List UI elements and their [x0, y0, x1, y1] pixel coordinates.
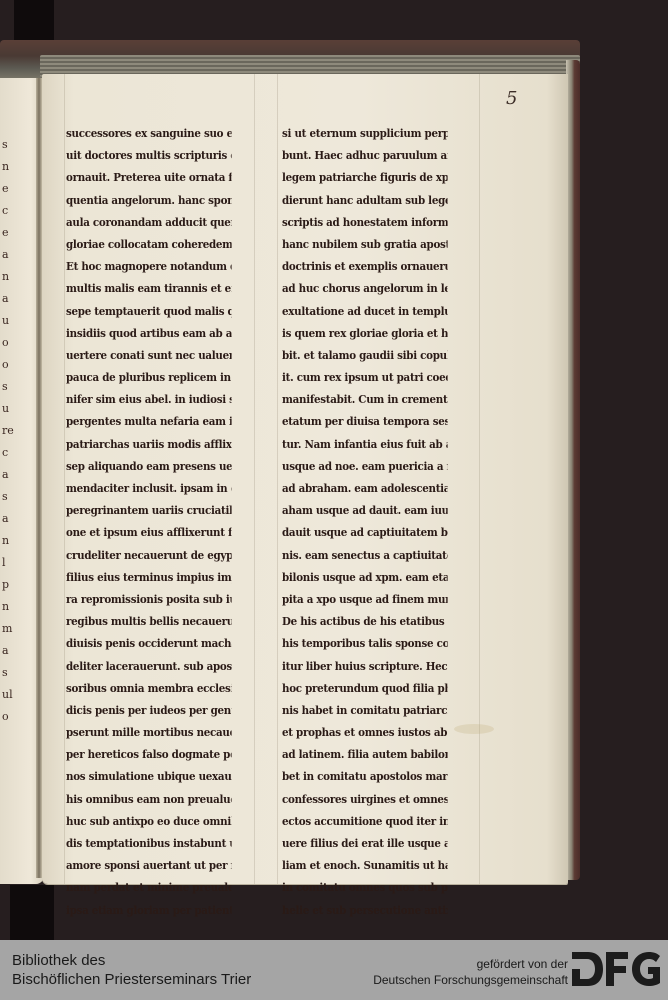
manuscript-line: it. cum rex ipsum ut patri coequali: [282, 366, 448, 388]
manuscript-line: exultatione ad ducet in templum reg: [282, 300, 448, 322]
manuscript-line: etatum per diuisa tempora sesi distingu: [282, 410, 448, 432]
left-page-fragment: a: [2, 644, 9, 657]
left-page-fragment: n: [2, 534, 9, 547]
manuscript-line: confessores uirgines et omnes el: [282, 788, 448, 810]
background-strip-bottom: [10, 885, 54, 940]
left-page-fragment: re: [2, 424, 14, 437]
ruling-line: [277, 74, 278, 884]
manuscript-line: crudeliter necauerunt de egypto egredien…: [66, 544, 232, 566]
left-page-fragment: ul: [2, 688, 13, 701]
manuscript-line: legem patriarche figuris de xpo eru: [282, 166, 448, 188]
manuscript-line: his temporibus talis sponse conter: [282, 632, 448, 654]
manuscript-line: liam et enoch. Sunamitis ut habi: [282, 854, 448, 876]
left-page-fragment: l: [2, 556, 6, 569]
left-page-fragment: o: [2, 358, 9, 371]
left-page-fragment: c: [2, 204, 8, 217]
manuscript-line: helie et sub persecutione antixpi: [282, 899, 448, 921]
dfg-logo-icon: [572, 952, 660, 986]
left-page-fragment: p: [2, 578, 9, 591]
left-page-fragment: s: [2, 666, 8, 679]
manuscript-line: deliter lacerauerunt. sub apostolis et e…: [66, 655, 232, 677]
left-page-fragment: a: [2, 292, 9, 305]
manuscript-line: ad huc chorus angelorum in leticia et: [282, 277, 448, 299]
manuscript-line: nis habet in comitatu patriarchas: [282, 699, 448, 721]
ruling-line: [254, 74, 255, 884]
left-page-fragment: c: [2, 446, 8, 459]
manuscript-line: ornauit. Preterea uite ornata fre: [66, 166, 232, 188]
manuscript-line: pergentes multa nefaria eam inter: [66, 410, 232, 432]
manuscript-line: patriarchas uariis modis afflixerunt uo: [66, 433, 232, 455]
manuscript-line: nis. eam senectus a captiuitate ba: [282, 544, 448, 566]
manuscript-line: gloriae collocatam coheredem regni facie…: [66, 233, 232, 255]
left-page-fragment: u: [2, 402, 9, 415]
manuscript-line: nam perdat et minime preualebunt quia: [66, 876, 232, 898]
manuscript-line: tur. Nam infantia eius fuit ab ada: [282, 433, 448, 455]
manuscript-line: ectos accumitione quod iter in euglio: [282, 810, 448, 832]
manuscript-line: soribus omnia membra ecclesiae gentiles …: [66, 677, 232, 699]
manuscript-page: 5 successores ex sanguine suo eam illust…: [42, 74, 568, 884]
manuscript-line: nifer sim eius abel. in iudiosi strauer: [66, 388, 232, 410]
manuscript-line: ra repromissionis posita sub iudicibus e…: [66, 588, 232, 610]
manuscript-line: uertere conati sunt nec ualuerunt. Et ut: [66, 344, 232, 366]
left-page-fragment: m: [2, 622, 12, 635]
left-page-fragment: n: [2, 270, 9, 283]
manuscript-line: doctrinis et exemplis ornauerunt. hanc: [282, 255, 448, 277]
manuscript-line: usque ad noe. eam puericia a noe usque: [282, 455, 448, 477]
left-page-fragment: s: [2, 138, 8, 151]
manuscript-line: bilonis usque ad xpm. eam etas dec: [282, 566, 448, 588]
manuscript-line: peregrinantem uariis cruciatibus prophat…: [66, 499, 232, 521]
left-page-fragment: s: [2, 380, 8, 393]
manuscript-line: pita a xpo usque ad finem mundi;: [282, 588, 448, 610]
manuscript-line: pauca de pluribus replicem in primis sig: [66, 366, 232, 388]
funding-note: gefördert von der Deutschen Forschungsge…: [373, 956, 568, 988]
manuscript-line: itur liber huius scripture. Hec: [282, 655, 448, 677]
manuscript-scan: sneceanauoosurecasanlpnmasulo 5 successo…: [0, 0, 668, 940]
manuscript-line: amore sponsi auertant ut per nullam coro: [66, 854, 232, 876]
book-cover-right: [566, 60, 580, 880]
manuscript-line: multis malis eam tirannis et emulati: [66, 277, 232, 299]
manuscript-line: per hereticos falso dogmate per falsos x…: [66, 743, 232, 765]
library-name: Bibliothek des Bischöflichen Priestersem…: [12, 951, 251, 989]
manuscript-line: uit doctores multis scripturis eam: [66, 144, 232, 166]
folio-number: 5: [506, 88, 517, 109]
manuscript-line: hoc preterundum quod filia pharao: [282, 677, 448, 699]
left-page-fragment: s: [2, 490, 8, 503]
parchment-stain: [454, 724, 494, 734]
funding-line-1: gefördert von der: [373, 956, 568, 972]
ruling-line: [64, 74, 65, 884]
left-page-fragment: o: [2, 336, 9, 349]
left-page-fragment: e: [2, 226, 9, 239]
ruling-line: [479, 74, 480, 884]
manuscript-line: ad latinem. filia autem babilonis ha: [282, 743, 448, 765]
manuscript-line: pserunt mille mortibus necauerunt deniqu…: [66, 721, 232, 743]
manuscript-line: uere filius dei erat ille usque adhe: [282, 832, 448, 854]
left-page-fragment: u: [2, 314, 9, 327]
manuscript-line: si ut eternum supplicium perpendia subi: [282, 122, 448, 144]
manuscript-line: nos simulatione ubique uexauerunt et: [66, 765, 232, 787]
manuscript-line: sep aliquando eam presens uendidit carce…: [66, 455, 232, 477]
manuscript-line: dierunt hanc adultam sub lege prophe: [282, 189, 448, 211]
manuscript-line: dicis penis per iudeos per gentiles disc…: [66, 699, 232, 721]
left-page-fragment: a: [2, 248, 9, 261]
text-column-right: si ut eternum supplicium perpendia subib…: [282, 122, 462, 921]
manuscript-line: De his actibus de his etatibus de: [282, 610, 448, 632]
manuscript-line: scriptis ad honestatem informauerunt.: [282, 211, 448, 233]
manuscript-line: is quem rex gloriae gloria et honore cor…: [282, 322, 448, 344]
manuscript-line: manifestabit. Cum in crementis ser: [282, 388, 448, 410]
left-page-fragment: n: [2, 600, 9, 613]
manuscript-line: Et hoc magnopere notandum quem: [66, 255, 232, 277]
manuscript-line: dis temptationibus instabunt ut eam ab: [66, 832, 232, 854]
footer-bar: Bibliothek des Bischöflichen Priestersem…: [0, 940, 668, 1000]
manuscript-line: aham usque ad dauit. eam iuuentus a: [282, 499, 448, 521]
manuscript-line: bunt. Haec adhuc paruulum ante: [282, 144, 448, 166]
manuscript-line: aula coronandam adducit quem in solio: [66, 211, 232, 233]
manuscript-line: sepe temptauerit quod malis quod dolis q…: [66, 300, 232, 322]
manuscript-line: quentia angelorum. hanc sponso caelesti: [66, 189, 232, 211]
left-page-fragment: n: [2, 160, 9, 173]
manuscript-line: mendaciter inclusit. ipsam in egypto: [66, 477, 232, 499]
manuscript-line: his omnibus eam non preualuerunt. Ad: [66, 788, 232, 810]
manuscript-line: bit. et talamo gaudii sibi copulab: [282, 344, 448, 366]
left-page-fragment: a: [2, 468, 9, 481]
manuscript-line: et prophas et omnes iustos ab abel usque: [282, 721, 448, 743]
manuscript-line: in comitatu omnes quos sub predicatione: [282, 876, 448, 898]
manuscript-line: ipsa etiam gloriam per patientiam ip: [66, 899, 232, 921]
manuscript-line: successores ex sanguine suo eam illustra: [66, 122, 232, 144]
manuscript-line: dauit usque ad captiuitatem babilo: [282, 521, 448, 543]
left-page-fragment: e: [2, 182, 9, 195]
left-page-fragment: a: [2, 512, 9, 525]
manuscript-line: insidiis quod artibus eam ab amore spons…: [66, 322, 232, 344]
manuscript-line: one et ipsum eius afflixerunt filios eiu…: [66, 521, 232, 543]
manuscript-line: regibus multis bellis necauerunt prophas…: [66, 610, 232, 632]
manuscript-line: ad abraham. eam adolescentia ab abr: [282, 477, 448, 499]
manuscript-line: diuisis penis occiderunt machabeos cru: [66, 632, 232, 654]
manuscript-line: filius eius terminus impius impugnabant …: [66, 566, 232, 588]
text-column-left: successores ex sanguine suo eam illustra…: [66, 122, 246, 921]
left-page-fragment: o: [2, 710, 9, 723]
manuscript-line: hanc nubilem sub gratia apostoli signis: [282, 233, 448, 255]
library-line-1: Bibliothek des: [12, 951, 251, 970]
manuscript-line: huc sub antixpo eo duce omnibus mo: [66, 810, 232, 832]
funding-line-2: Deutschen Forschungsgemeinschaft: [373, 972, 568, 988]
manuscript-line: bet in comitatu apostolos martires: [282, 765, 448, 787]
library-line-2: Bischöflichen Priesterseminars Trier: [12, 970, 251, 989]
